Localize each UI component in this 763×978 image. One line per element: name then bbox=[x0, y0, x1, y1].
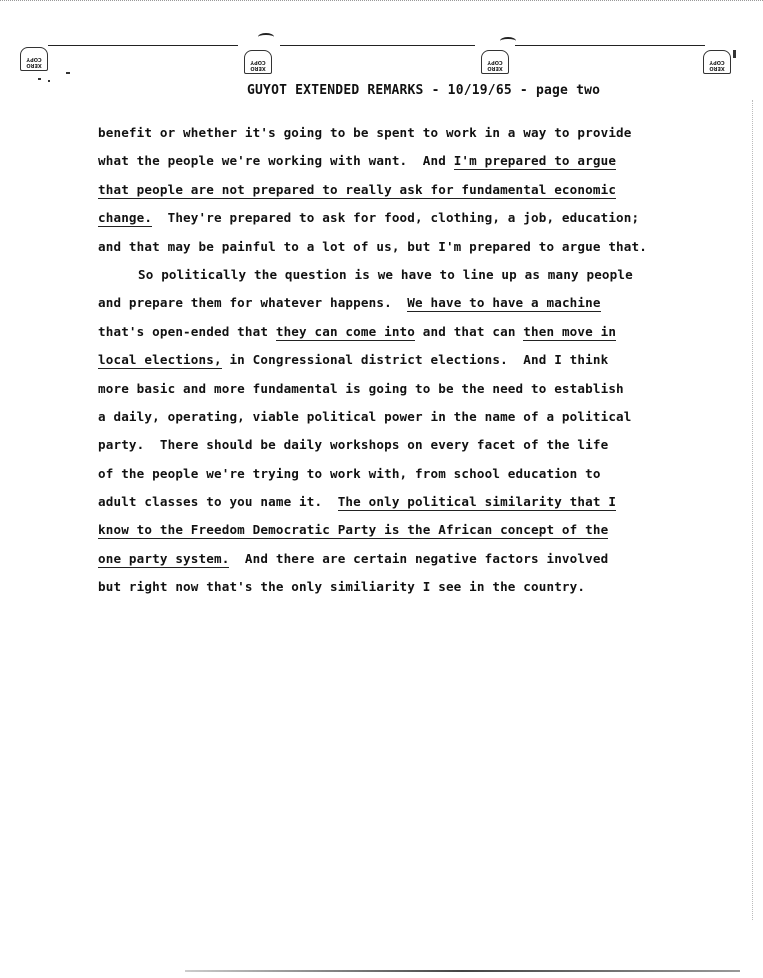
text-segment: but right now that's the only similiarit… bbox=[98, 579, 585, 594]
text-segment: and that can bbox=[415, 324, 523, 339]
paragraph: benefit or whether it's going to be spen… bbox=[98, 122, 698, 264]
scan-speck bbox=[38, 78, 41, 80]
text-line: party. There should be daily workshops o… bbox=[98, 434, 698, 462]
page-right-edge bbox=[751, 100, 753, 920]
scan-speck bbox=[66, 72, 70, 74]
xero-copy-stamp: XERO COPY bbox=[481, 50, 509, 74]
text-segment: what the people we're working with want.… bbox=[98, 153, 454, 168]
underlined-text: they can come into bbox=[276, 324, 415, 341]
text-segment: of the people we're trying to work with,… bbox=[98, 466, 601, 481]
underlined-text: know to the Freedom Democratic Party is … bbox=[98, 522, 608, 539]
stamp-text: XERO bbox=[482, 65, 508, 71]
text-line: So politically the question is we have t… bbox=[98, 264, 698, 292]
stamp-text: COPY bbox=[21, 56, 47, 62]
text-segment: They're prepared to ask for food, clothi… bbox=[152, 210, 639, 225]
stamp-text: COPY bbox=[245, 59, 271, 65]
text-line: that's open-ended that they can come int… bbox=[98, 321, 698, 349]
top-rule-segment bbox=[280, 45, 475, 46]
text-line: a daily, operating, viable political pow… bbox=[98, 406, 698, 434]
underlined-text: The only political similarity that I bbox=[338, 494, 616, 511]
underlined-text: local elections, bbox=[98, 352, 222, 369]
text-segment: and prepare them for whatever happens. bbox=[98, 295, 407, 310]
xero-copy-stamp: XERO COPY bbox=[244, 50, 272, 74]
text-segment: a daily, operating, viable political pow… bbox=[98, 409, 632, 424]
text-segment: in Congressional district elections. And… bbox=[222, 352, 609, 367]
text-line: change. They're prepared to ask for food… bbox=[98, 207, 698, 235]
stamp-text: XERO bbox=[21, 62, 47, 68]
underlined-text: one party system. bbox=[98, 551, 229, 568]
page-bottom-border bbox=[185, 970, 740, 972]
text-line: local elections, in Congressional distri… bbox=[98, 349, 698, 377]
top-rule-segment bbox=[515, 45, 705, 46]
underlined-text: then move in bbox=[523, 324, 616, 341]
underlined-text: change. bbox=[98, 210, 152, 227]
xero-copy-stamp: XERO COPY bbox=[20, 47, 48, 71]
stamp-text: COPY bbox=[704, 59, 730, 65]
text-line: more basic and more fundamental is going… bbox=[98, 378, 698, 406]
scan-speck bbox=[48, 80, 50, 82]
underlined-text: I'm prepared to argue bbox=[454, 153, 616, 170]
stamp-text: XERO bbox=[704, 65, 730, 71]
text-line: that people are not prepared to really a… bbox=[98, 179, 698, 207]
paragraph: So politically the question is we have t… bbox=[98, 264, 698, 605]
page-top-border bbox=[0, 0, 763, 3]
stamp-text: COPY bbox=[482, 59, 508, 65]
text-segment: benefit or whether it's going to be spen… bbox=[98, 125, 632, 140]
text-segment: and that may be painful to a lot of us, … bbox=[98, 239, 647, 254]
top-rule-segment bbox=[48, 45, 238, 46]
text-line: and prepare them for whatever happens. W… bbox=[98, 292, 698, 320]
binder-hole-mark bbox=[500, 37, 516, 45]
xero-copy-stamp: XERO COPY bbox=[703, 50, 731, 74]
stamp-text: XERO bbox=[245, 65, 271, 71]
text-segment: So politically the question is we have t… bbox=[138, 267, 633, 282]
text-line: one party system. And there are certain … bbox=[98, 548, 698, 576]
text-segment: that's open-ended that bbox=[98, 324, 276, 339]
underlined-text: that people are not prepared to really a… bbox=[98, 182, 616, 199]
text-line: benefit or whether it's going to be spen… bbox=[98, 122, 698, 150]
scan-speck bbox=[733, 50, 736, 58]
text-segment: adult classes to you name it. bbox=[98, 494, 338, 509]
text-line: know to the Freedom Democratic Party is … bbox=[98, 519, 698, 547]
text-segment: more basic and more fundamental is going… bbox=[98, 381, 624, 396]
page-header: GUYOT EXTENDED REMARKS - 10/19/65 - page… bbox=[247, 83, 600, 98]
underlined-text: We have to have a machine bbox=[407, 295, 600, 312]
text-segment: And there are certain negative factors i… bbox=[229, 551, 608, 566]
text-line: of the people we're trying to work with,… bbox=[98, 463, 698, 491]
binder-hole-mark bbox=[258, 33, 274, 41]
text-line: what the people we're working with want.… bbox=[98, 150, 698, 178]
text-line: but right now that's the only similiarit… bbox=[98, 576, 698, 604]
text-line: and that may be painful to a lot of us, … bbox=[98, 236, 698, 264]
text-segment: party. There should be daily workshops o… bbox=[98, 437, 608, 452]
document-body: benefit or whether it's going to be spen… bbox=[98, 122, 698, 605]
text-line: adult classes to you name it. The only p… bbox=[98, 491, 698, 519]
